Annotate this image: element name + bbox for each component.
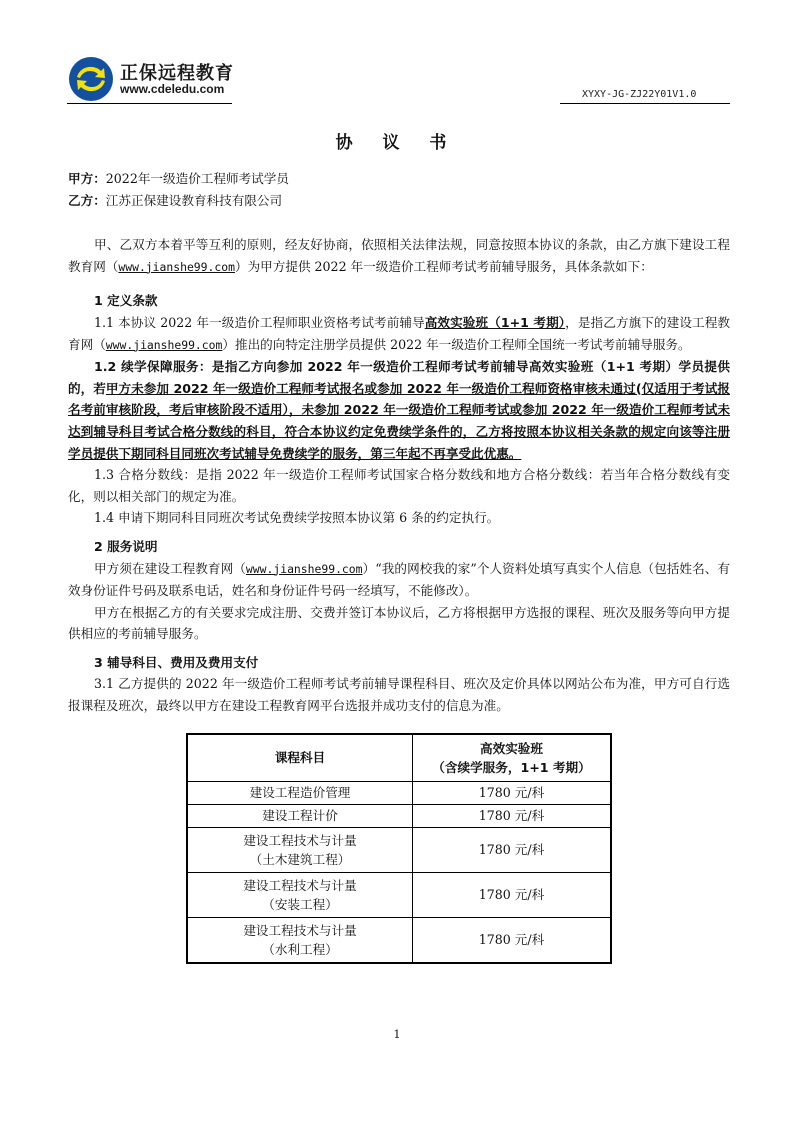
- swirl-logo-icon: [68, 56, 114, 102]
- table-row: 建设工程技术与计量 （土木建筑工程） 1780 元/科: [187, 827, 611, 872]
- website-link[interactable]: www.jianshe99.com: [246, 562, 363, 576]
- header-rule-right: [560, 103, 730, 104]
- party-b: 乙方：江苏正保建设教育科技有限公司: [68, 190, 730, 212]
- price-cell: 1780 元/科: [413, 804, 612, 827]
- subject-cell: 建设工程造价管理: [187, 781, 413, 804]
- subject-cell: 建设工程技术与计量 （安装工程）: [187, 872, 413, 917]
- brand-url: www.cdeledu.com: [120, 82, 224, 96]
- clause-1-2: 1.2 续学保障服务：是指乙方向参加 2022 年一级造价工程师考试考前辅导高效…: [68, 356, 730, 464]
- price-cell: 1780 元/科: [413, 827, 612, 872]
- page-number: 1: [0, 1028, 794, 1041]
- price-cell: 1780 元/科: [413, 781, 612, 804]
- section-3-title: 3 辅导科目、费用及费用支付: [68, 652, 730, 674]
- header-subject: 课程科目: [187, 734, 413, 782]
- section-2-title: 2 服务说明: [68, 536, 730, 558]
- section-1-title: 1 定义条款: [68, 290, 730, 312]
- intro-paragraph: 甲、乙双方本着平等互利的原则，经友好协商，依照相关法律法规，同意按照本协议的条款…: [68, 234, 730, 278]
- table-row: 建设工程技术与计量 （安装工程） 1780 元/科: [187, 872, 611, 917]
- section-2-para-2: 甲方在根据乙方的有关要求完成注册、交费并签订本协议后，乙方将根据甲方选报的课程、…: [68, 602, 730, 645]
- price-cell: 1780 元/科: [413, 917, 612, 963]
- header-rule-left: [67, 103, 232, 104]
- subject-cell: 建设工程技术与计量 （土木建筑工程）: [187, 827, 413, 872]
- party-b-value: 江苏正保建设教育科技有限公司: [106, 193, 282, 208]
- party-a-label: 甲方：: [68, 171, 106, 186]
- subject-cell: 建设工程技术与计量 （水利工程）: [187, 917, 413, 963]
- clause-1-1: 1.1 本协议 2022 年一级造价工程师职业资格考试考前辅导高效实验班（1+1…: [68, 312, 730, 356]
- document-body: 甲方：2022年一级造价工程师考试学员 乙方：江苏正保建设教育科技有限公司 甲、…: [68, 168, 730, 964]
- website-link[interactable]: www.jianshe99.com: [118, 260, 235, 274]
- clause-3-1: 3.1 乙方提供的 2022 年一级造价工程师考试考前辅导课程科目、班次及定价具…: [68, 673, 730, 716]
- subject-cell: 建设工程计价: [187, 804, 413, 827]
- clause-1-3: 1.3 合格分数线：是指 2022 年一级造价工程师考试国家合格分数线和地方合格…: [68, 464, 730, 507]
- website-link[interactable]: www.jianshe99.com: [106, 338, 223, 352]
- party-a: 甲方：2022年一级造价工程师考试学员: [68, 168, 730, 190]
- document-code: XYXY-JG-ZJ22Y01V1.0: [582, 89, 696, 100]
- clause-1-2-underlined: 甲方未参加 2022 年一级造价工程师考试报名或参加 2022 年一级造价工程师…: [68, 381, 730, 461]
- pricing-table: 课程科目 高效实验班 （含续学服务，1+1 考期） 建设工程造价管理 1780 …: [186, 733, 612, 964]
- document-title: 协 议 书: [0, 128, 794, 153]
- table-row: 建设工程技术与计量 （水利工程） 1780 元/科: [187, 917, 611, 963]
- header-class: 高效实验班 （含续学服务，1+1 考期）: [413, 734, 612, 782]
- table-header-row: 课程科目 高效实验班 （含续学服务，1+1 考期）: [187, 734, 611, 782]
- price-cell: 1780 元/科: [413, 872, 612, 917]
- party-b-label: 乙方：: [68, 193, 106, 208]
- class-name-highlight: 高效实验班（1+1 考期）: [425, 315, 565, 330]
- section-2-para-1: 甲方须在建设工程教育网（www.jianshe99.com）“我的网校我的家”个…: [68, 558, 730, 602]
- table-row: 建设工程计价 1780 元/科: [187, 804, 611, 827]
- party-a-value: 2022年一级造价工程师考试学员: [106, 171, 289, 186]
- table-row: 建设工程造价管理 1780 元/科: [187, 781, 611, 804]
- clause-1-4: 1.4 申请下期同科目同班次考试免费续学按照本协议第 6 条的约定执行。: [68, 507, 730, 529]
